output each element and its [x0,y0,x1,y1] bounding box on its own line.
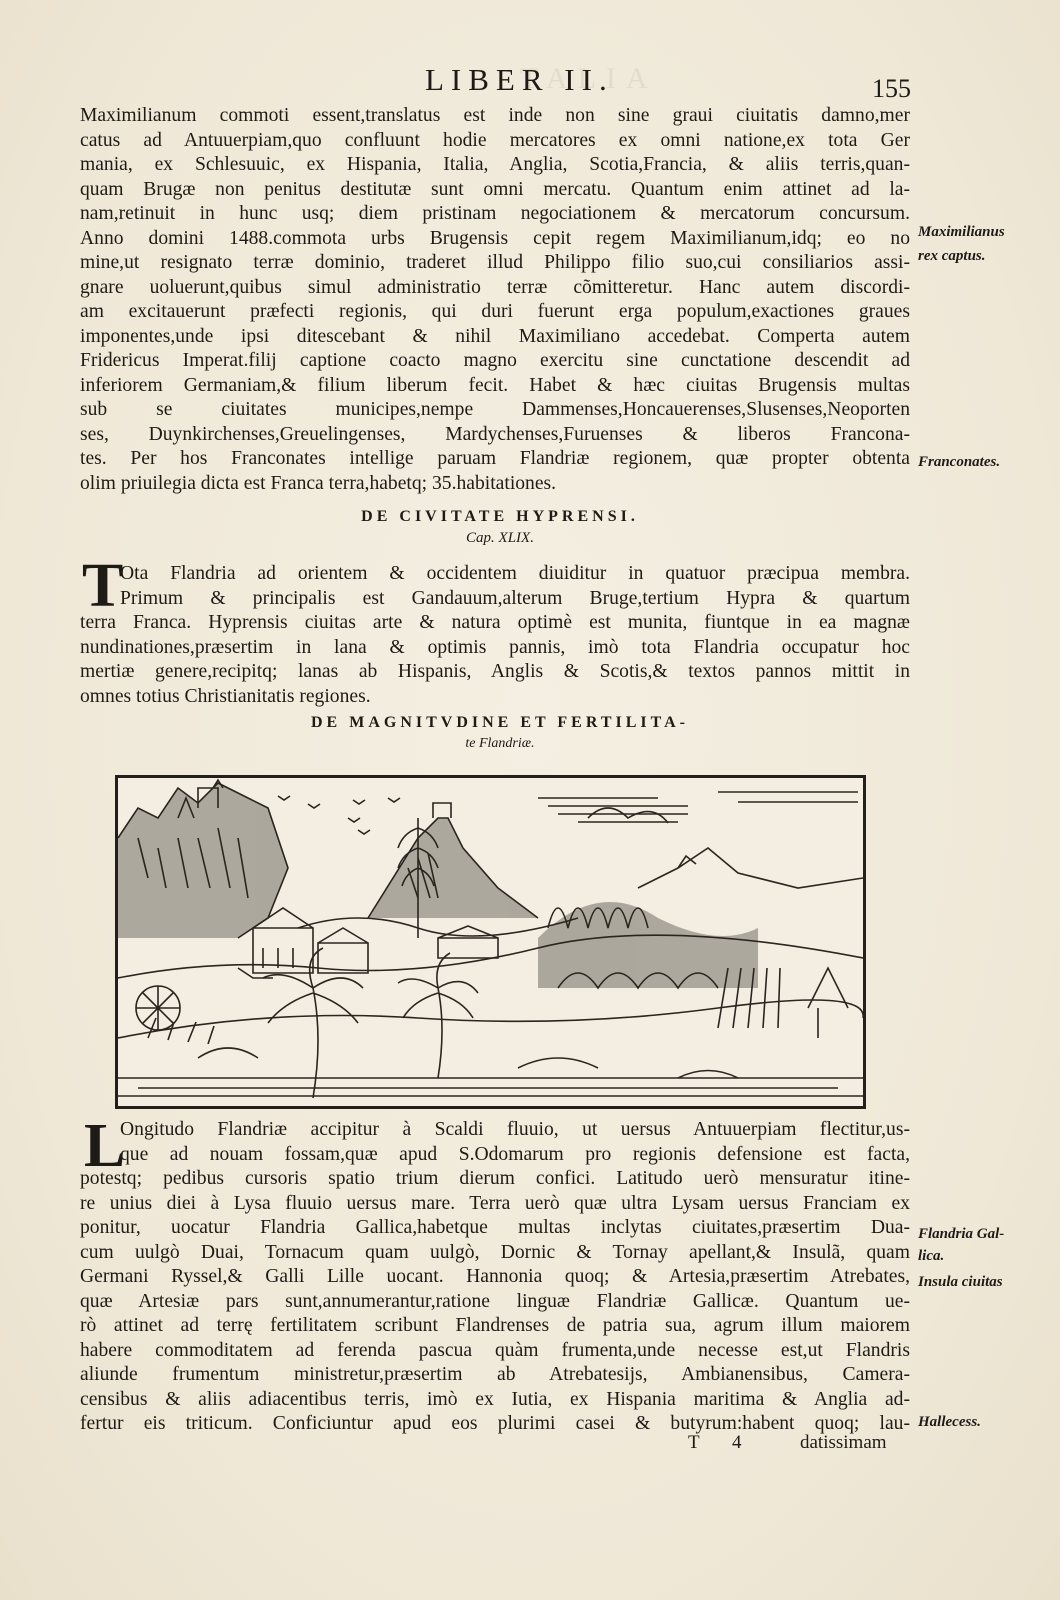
marginal-note: rex captus. [918,246,986,266]
text-line: Ota Flandria ad orientem & occidentem di… [80,562,910,587]
signature-mark: T 4 [688,1432,756,1454]
catchword: datissimam [800,1432,887,1454]
text-line: Germani Ryssel,& Galli Lille uocant. Han… [80,1265,910,1290]
text-line: aliunde frumentum ministretur,præsertim … [80,1363,910,1388]
paragraph-hyprensi: Ota Flandria ad orientem & occidentem di… [80,562,910,709]
text-line: rò attinet ad terrę fertilitatem scribun… [80,1314,910,1339]
text-line: nundinationes,præsertim in lana & optimi… [80,636,910,661]
text-line: am excitauerunt præfecti regionis, qui d… [80,300,910,325]
text-line: mania, ex Schlesuuic, ex Hispania, Itali… [80,153,910,178]
text-line: quam Brugæ non penitus destitutæ sunt om… [80,178,910,203]
text-line: nam,retinuit in hunc usq; diem pristinam… [80,202,910,227]
section-heading-hyprensi: DE CIVITATE HYPRENSI. [0,508,1000,526]
text-line: Ongitudo Flandriæ accipitur à Scaldi flu… [80,1118,910,1143]
text-line: mertiæ genere,recipitq; lanas ab Hispani… [80,660,910,685]
text-line: catus ad Antuuerpiam,quo confluunt hodie… [80,129,910,154]
marginal-note: Flandria Gal- [918,1224,1004,1244]
text-line: que ad nouam fossam,quæ apud S.Odomarum … [80,1143,910,1168]
text-line: potestq; pedibus cursoris spatio trium d… [80,1167,910,1192]
text-line: mine,ut resignato terræ dominio, tradere… [80,251,910,276]
woodcut-landscape-illustration [115,775,866,1109]
text-line: quæ Artesiæ pars sunt,annumerantur,ratio… [80,1290,910,1315]
page-number: 155 [872,74,911,104]
text-line: sub se ciuitates municipes,nempe Dammens… [80,398,910,423]
marginal-note: Insula ciuitas [918,1272,1003,1292]
text-line: tes. Per hos Franconates intellige parua… [80,447,910,472]
text-line: gnare uoluerunt,quibus simul administrat… [80,276,910,301]
running-head: LIBER II. [425,62,614,98]
paragraph-magnitudine: Ongitudo Flandriæ accipitur à Scaldi flu… [80,1118,910,1437]
text-line: censibus & aliis adiacentibus terris, im… [80,1388,910,1413]
marginal-note: Hallecess. [918,1412,981,1432]
text-line: Primum & principalis est Gandauum,alteru… [80,587,910,612]
text-line: re unius diei à Lysa fluuio uersus mare.… [80,1192,910,1217]
text-line: olim priuilegia dicta est Franca terra,h… [80,472,910,497]
text-line: Fridericus Imperat.filij captione coacto… [80,349,910,374]
section-heading-magnitudine: DE MAGNITVDINE ET FERTILITA- [0,714,1000,732]
marginal-note: lica. [918,1246,944,1266]
text-line: fertur eis triticum. Conficiuntur apud e… [80,1412,910,1437]
text-line: cum uulgò Duai, Tornacum quam uulgò, Dor… [80,1241,910,1266]
text-line: ses, Duynkirchenses,Greuelingenses, Mard… [80,423,910,448]
section-heading-continuation: te Flandriæ. [0,736,1000,752]
landscape-drawing [118,778,863,1106]
chapter-number: Cap. XLIX. [0,530,1000,547]
paragraph-bruges: Maximilianum commoti essent,translatus e… [80,104,910,496]
marginal-note: Maximilianus [918,222,1005,242]
marginal-note: Franconates. [918,452,1000,472]
text-line: habere commoditatem ad ferenda pascua qu… [80,1339,910,1364]
text-line: imponentes,unde ipsi ditescebant & nihil… [80,325,910,350]
text-line: ponitur, uocatur Flandria Gallica,habetq… [80,1216,910,1241]
text-line: terra Franca. Hyprensis ciuitas arte & n… [80,611,910,636]
text-line: inferiorem Germaniam,& filium liberum fe… [80,374,910,399]
text-line: Anno domini 1488.commota urbs Brugensis … [80,227,910,252]
book-page: TALIA LIBER II. 155 Maximilianum commoti… [0,0,1060,1600]
text-line: Maximilianum commoti essent,translatus e… [80,104,910,129]
text-line: omnes totius Christianitatis regiones. [80,685,910,710]
